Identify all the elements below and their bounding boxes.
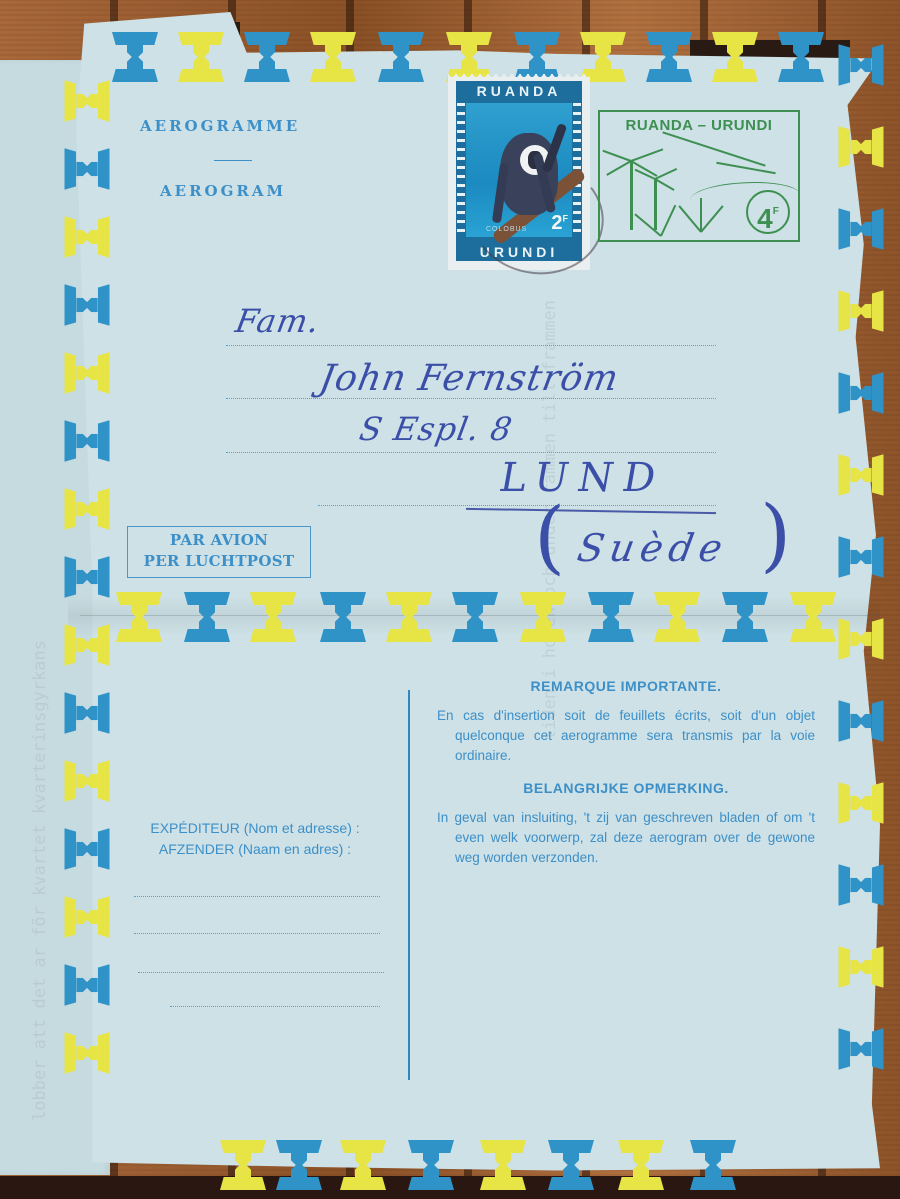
address-line-1: Fam.: [233, 302, 323, 340]
palm-tree-icon: [630, 160, 633, 230]
border-motif-icon: [276, 1140, 322, 1190]
border-motif-icon: [310, 32, 356, 82]
border-motif-icon: [65, 760, 110, 801]
sender-label-fr: EXPÉDITEUR (Nom et adresse) :: [130, 818, 380, 839]
palm-frond: [655, 178, 675, 191]
border-motif-icon: [712, 32, 758, 82]
notice-text-nl: In geval van insluiting, 't zij van gesc…: [437, 808, 815, 868]
border-motif-icon: [65, 556, 110, 597]
address-line: [318, 505, 716, 506]
border-motif-icon: [618, 1140, 664, 1190]
border-motif-icon: [386, 592, 432, 642]
border-motif-icon: [790, 592, 836, 642]
printed-indicium: RUANDA – URUNDI 4F: [598, 110, 800, 242]
border-motif-icon: [112, 32, 158, 82]
border-motif-icon: [839, 372, 884, 413]
border-motif-icon: [839, 290, 884, 331]
border-motif-icon: [65, 80, 110, 121]
palm-frond: [631, 148, 664, 162]
border-motif-icon: [839, 1028, 884, 1069]
address-line: [226, 345, 716, 346]
border-motif-icon: [839, 618, 884, 659]
border-motif-icon: [839, 864, 884, 905]
border-motif-icon: [65, 624, 110, 665]
address-line-3: S Espl. 8: [357, 410, 516, 448]
sender-block: EXPÉDITEUR (Nom et adresse) : AFZENDER (…: [130, 818, 380, 860]
border-motif-icon: [408, 1140, 454, 1190]
agave-icon: [700, 198, 702, 232]
border-motif-icon: [65, 964, 110, 1005]
paren-open: (: [534, 490, 565, 583]
border-motif-icon: [839, 536, 884, 577]
sender-label-nl: AFZENDER (Naam en adres) :: [130, 839, 380, 860]
par-avion-text: PAR AVION: [128, 530, 310, 551]
border-motif-icon: [646, 32, 692, 82]
border-motif-icon: [378, 32, 424, 82]
address-line: [226, 452, 716, 453]
border-motif-icon: [548, 1140, 594, 1190]
border-motif-icon: [839, 782, 884, 823]
sender-line: [134, 896, 380, 897]
border-motif-icon: [690, 1140, 736, 1190]
stamp-country-top: RUANDA: [456, 83, 582, 99]
border-motif-icon: [65, 216, 110, 257]
paren-close: ): [760, 488, 791, 581]
border-motif-icon: [116, 592, 162, 642]
border-motif-icon: [839, 208, 884, 249]
border-motif-icon: [65, 352, 110, 393]
border-motif-icon: [588, 592, 634, 642]
border-motif-icon: [65, 488, 110, 529]
border-motif-icon: [320, 592, 366, 642]
border-motif-icon: [184, 592, 230, 642]
border-motif-icon: [65, 896, 110, 937]
border-motif-icon: [244, 32, 290, 82]
border-motif-icon: [839, 454, 884, 495]
indicium-title: RUANDA – URUNDI: [600, 117, 798, 134]
border-motif-icon: [452, 592, 498, 642]
border-motif-icon: [520, 592, 566, 642]
stamp-ornament: [457, 103, 465, 237]
border-motif-icon: [839, 44, 884, 85]
border-motif-icon: [839, 126, 884, 167]
title-aerogram: AEROGRAM: [160, 182, 286, 200]
agave-icon: [660, 205, 676, 237]
border-motif-icon: [65, 828, 110, 869]
title-aerogramme: AEROGRAMME: [140, 117, 300, 135]
border-motif-icon: [65, 692, 110, 733]
address-line-4: LUND: [496, 455, 669, 501]
palm-tree-icon: [654, 178, 657, 230]
border-motif-icon: [839, 946, 884, 987]
per-luchtpost-text: PER LUCHTPOST: [128, 551, 310, 572]
par-avion-label: PAR AVION PER LUCHTPOST: [127, 526, 311, 578]
border-motif-icon: [480, 1140, 526, 1190]
border-motif-icon: [839, 700, 884, 741]
border-motif-icon: [340, 1140, 386, 1190]
sender-line: [170, 1006, 380, 1007]
important-notice: REMARQUE IMPORTANTE. En cas d'insertion …: [437, 676, 815, 880]
show-through-text: lobber att det ar för kvartet kvarterins…: [30, 640, 50, 1121]
border-motif-icon: [654, 592, 700, 642]
border-motif-icon: [220, 1140, 266, 1190]
airplane-icon: [662, 131, 765, 166]
notice-text-fr: En cas d'insertion soit de feuillets écr…: [437, 706, 815, 766]
agave-icon: [634, 213, 661, 236]
indicium-value: 4F: [746, 190, 790, 234]
palm-frond: [606, 160, 631, 176]
address-line-5: Suède: [574, 526, 732, 570]
border-motif-icon: [65, 148, 110, 189]
notice-heading-nl: BELANGRIJKE OPMERKING.: [437, 778, 815, 798]
border-motif-icon: [722, 592, 768, 642]
border-motif-icon: [250, 592, 296, 642]
title-divider: [214, 160, 252, 161]
palm-frond: [655, 168, 678, 180]
sender-line: [134, 933, 380, 934]
border-motif-icon: [65, 284, 110, 325]
address-line-2: John Fernström: [316, 358, 622, 399]
border-motif-icon: [65, 1032, 110, 1073]
panel-divider: [408, 690, 410, 1080]
palm-frond: [602, 150, 631, 162]
airplane-wing-icon: [716, 162, 775, 174]
sender-line: [138, 972, 384, 973]
border-motif-icon: [778, 32, 824, 82]
notice-heading-fr: REMARQUE IMPORTANTE.: [437, 676, 815, 696]
border-motif-icon: [65, 420, 110, 461]
border-motif-icon: [178, 32, 224, 82]
